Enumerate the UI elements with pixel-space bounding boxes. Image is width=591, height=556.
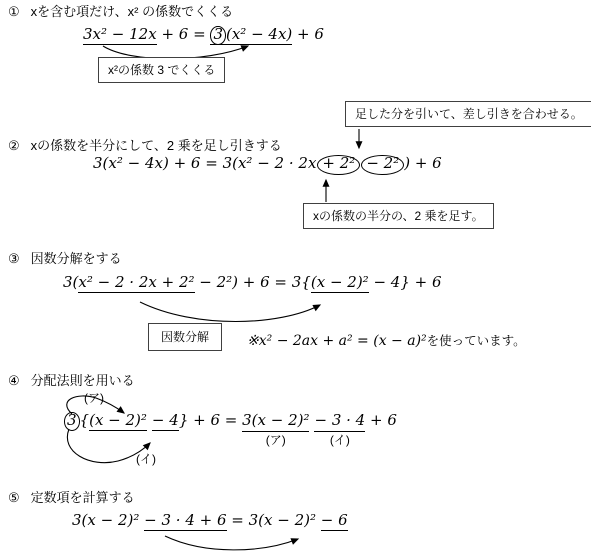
step2-callout-top-box: 足した分を引いて、差し引きを合わせる。 — [345, 101, 591, 127]
eq4-brace: { — [80, 411, 90, 429]
completing-the-square-worksheet: ①xを含む項だけ、x² の係数でくくる 3x² − 12x + 6 = 3(x²… — [0, 0, 591, 556]
step3-title: ③因数分解をする — [8, 251, 122, 267]
eq1-lhs-underlined: 3x² − 12x — [83, 25, 157, 45]
step5-title-text: 定数項を計算する — [31, 490, 135, 505]
step3-title-text: 因数分解をする — [31, 251, 122, 266]
factorize-arrow — [140, 302, 320, 322]
eq4-rhs-i-underlined: − 3 · 4(イ) — [314, 410, 365, 432]
step3-note-formula: ※x² − 2ax + a² = (x − a)² — [247, 333, 427, 349]
step3-note-text: を使っています。 — [427, 334, 526, 348]
eq4-minus4-underlined: − 4 — [152, 411, 179, 431]
eq1-tail: + 6 — [292, 25, 324, 43]
eq1-mid: + 6 = — [157, 25, 211, 43]
eq3-pre: 3( — [63, 273, 78, 291]
eq4-post: + 6 — [365, 411, 397, 429]
eq5-rhs-underlined: − 6 — [321, 511, 348, 531]
step1-equation: 3x² − 12x + 6 = 3(x² − 4x) + 6 — [83, 24, 324, 45]
step4-label-a-under: (ア) — [266, 434, 286, 447]
step5-number: ⑤ — [8, 490, 20, 505]
eq3-lhs-underlined: x² − 2 · 2x + 2² — [78, 273, 194, 293]
step3-note: ※x² − 2ax + a² = (x − a)²を使っています。 — [247, 331, 526, 349]
eq1-rhs-paren: (x² − 4x) — [226, 25, 292, 43]
step4-title: ④分配法則を用いる — [8, 373, 135, 389]
step2-equation: 3(x² − 4x) + 6 = 3(x² − 2 · 2x+ 2²− 2²) … — [93, 153, 442, 175]
step2-callout-bottom-box: xの係数の半分の、2 乗を足す。 — [303, 203, 494, 229]
step2-title-text: xの係数を半分にして、2 乗を足し引きする — [31, 138, 282, 153]
step5-equation: 3(x − 2)² − 3 · 4 + 6 = 3(x − 2)² − 6 — [72, 510, 348, 530]
step5-title: ⑤定数項を計算する — [8, 490, 135, 506]
eq2-post: ) + 6 — [404, 154, 442, 172]
constant-calc-arrow — [165, 536, 298, 550]
eq3-mid: − 2²) + 6 = 3{ — [195, 273, 311, 291]
eq5-pre: 3(x − 2)² — [72, 511, 144, 529]
eq1-rhs-underlined: 3(x² − 4x) — [210, 25, 292, 45]
eq5-lhs-underlined: − 3 · 4 + 6 — [144, 511, 226, 531]
step1-title: ①xを含む項だけ、x² の係数でくくる — [8, 4, 233, 20]
eq4-square-underlined: (x − 2)² — [89, 411, 147, 431]
step2-number: ② — [8, 138, 20, 153]
step1-title-text: xを含む項だけ、x² の係数でくくる — [31, 4, 233, 19]
step4-label-i-bottom: (イ) — [136, 452, 156, 466]
eq4-rhs-a-underlined: 3(x − 2)²(ア) — [242, 410, 309, 432]
step4-equation: 3{(x − 2)²− 4} + 6 = 3(x − 2)²(ア)− 3 · 4… — [64, 410, 397, 432]
eq4-circled-coefficient: 3 — [64, 412, 80, 431]
step1-callout-box: x²の係数 3 でくくる — [98, 57, 225, 83]
eq2-pre: 3(x² − 4x) + 6 = 3(x² − 2 · 2x — [93, 154, 316, 172]
eq2-circled-minus-term: − 2² — [361, 155, 404, 175]
step1-number: ① — [8, 4, 20, 19]
step3-number: ③ — [8, 251, 20, 266]
step4-title-text: 分配法則を用いる — [31, 373, 135, 388]
step4-label-a-top: (ア) — [84, 391, 104, 405]
step4-label-i-under: (イ) — [330, 434, 350, 447]
step4-number: ④ — [8, 373, 20, 388]
eq3-rhs-underlined: (x − 2)² — [311, 273, 369, 293]
step3-equation: 3(x² − 2 · 2x + 2² − 2²) + 6 = 3{(x − 2)… — [63, 272, 442, 292]
step2-title: ②xの係数を半分にして、2 乗を足し引きする — [8, 138, 282, 154]
eq3-post: − 4} + 6 — [369, 273, 442, 291]
eq1-circled-coefficient: 3 — [210, 26, 226, 45]
step3-callout-box: 因数分解 — [148, 323, 222, 351]
eq2-circled-plus-term: + 2² — [317, 155, 360, 175]
eq4-mid: } + 6 = — [179, 411, 242, 429]
eq5-mid: = 3(x − 2)² — [227, 511, 321, 529]
